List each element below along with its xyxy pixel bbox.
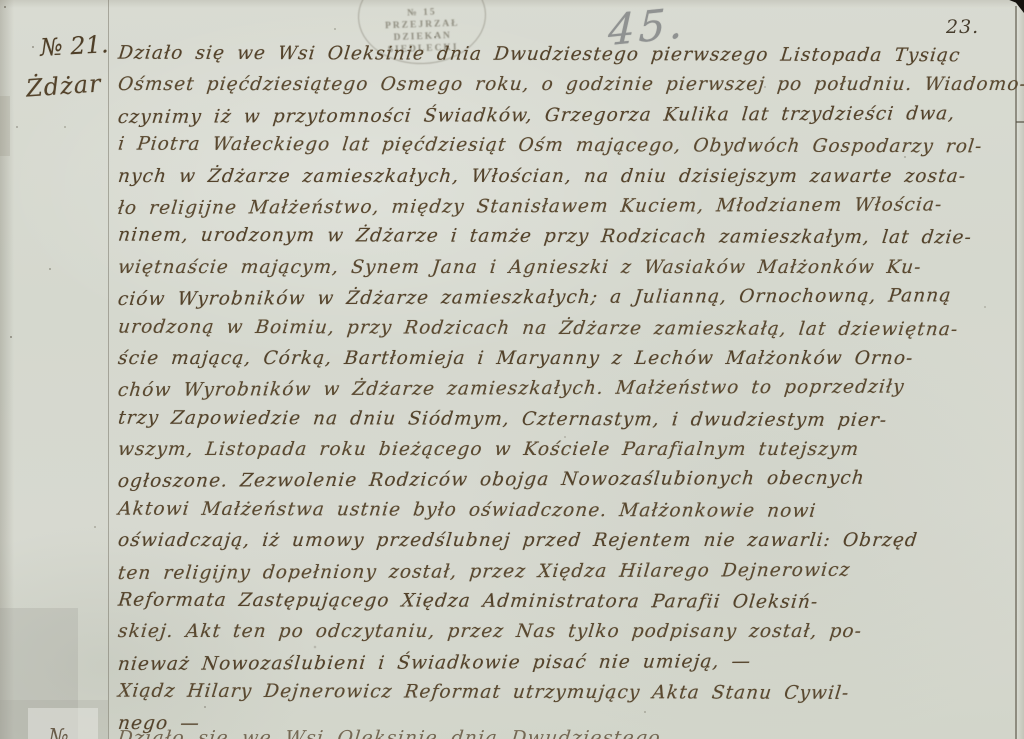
margin-rule-line bbox=[108, 0, 109, 739]
handwritten-line: nych w Żdżarze zamieszkałych, Włościan, … bbox=[116, 162, 1014, 192]
handwritten-line: chów Wyrobników w Żdżarze zamieszkałych.… bbox=[116, 372, 1014, 406]
next-record-margin-fragment: № bbox=[48, 725, 88, 739]
handwritten-line: Xiądz Hilary Dejnerowicz Reformat utrzym… bbox=[117, 677, 1015, 710]
handwritten-line: ninem, urodzonym w Żdżarze i tamże przy … bbox=[117, 221, 1015, 254]
handwritten-line: ciów Wyrobników w Żdżarze zamieszkałych;… bbox=[116, 281, 1014, 315]
next-record-clipped-line: Działo się we Wsi Oleksinie dnia Dwudzie… bbox=[117, 727, 998, 739]
handwritten-line: oświadczają, iż umowy przedślubnej przed… bbox=[116, 526, 1014, 556]
handwritten-line: i Piotra Wałeckiego lat pięćdziesiąt Ośm… bbox=[117, 130, 1015, 163]
page-top-edge-shadow bbox=[0, 0, 1024, 8]
handwritten-line: wszym, Listopada roku bieżącego w Koście… bbox=[116, 435, 1014, 465]
page-number: 23. bbox=[946, 16, 979, 38]
right-edge-tick-line bbox=[1016, 121, 1024, 123]
handwritten-line: ło religijne Małżeństwo, między Stanisła… bbox=[116, 190, 1014, 224]
handwritten-line: urodzoną w Boimiu, przy Rodzicach na Żdż… bbox=[117, 312, 1015, 345]
record-place-margin: Żdżar bbox=[25, 69, 102, 102]
handwritten-line: nieważ Nowozaślubieni i Świadkowie pisać… bbox=[116, 646, 1014, 680]
scanned-marriage-record-page: № 15PRZEJRZAŁDZIEKANSIEDLECKI 45. 23. № … bbox=[0, 0, 1024, 739]
handwritten-line: więtnaście mającym, Synem Jana i Agniesz… bbox=[116, 253, 1014, 283]
handwritten-line: ten religijny dopełniony został, przez X… bbox=[116, 555, 1014, 589]
handwritten-line: trzy Zapowiedzie na dniu Siódmym, Cztern… bbox=[117, 403, 1015, 436]
handwritten-line: skiej. Akt ten po odczytaniu, przez Nas … bbox=[116, 617, 1014, 647]
record-number-margin: № 21. bbox=[39, 30, 109, 62]
ink-speckles bbox=[4, 6, 6, 8]
handwritten-line: ogłoszone. Zezwolenie Rodziców obojga No… bbox=[116, 464, 1014, 498]
handwritten-line: Działo się we Wsi Oleksinie dnia Dwudzie… bbox=[117, 39, 1015, 72]
handwritten-line: Ośmset pięćdziesiątego Osmego roku, o go… bbox=[116, 70, 1014, 100]
handwritten-line: Reformata Zastępującego Xiędza Administr… bbox=[117, 586, 1015, 619]
scan-artifact-patch bbox=[0, 96, 10, 156]
handwritten-record-body: Działo się we Wsi Oleksinie dnia Dwudzie… bbox=[118, 40, 1013, 739]
handwritten-line: ście mającą, Córką, Bartłomieja i Maryan… bbox=[116, 344, 1014, 374]
handwritten-line: Aktowi Małżeństwa ustnie było oświadczon… bbox=[117, 494, 1015, 527]
stamp-text-line: № 15 bbox=[407, 6, 437, 19]
page-right-edge-shadow bbox=[1017, 0, 1024, 739]
handwritten-line: czynimy iż w przytomności Świadków, Grze… bbox=[116, 99, 1014, 133]
